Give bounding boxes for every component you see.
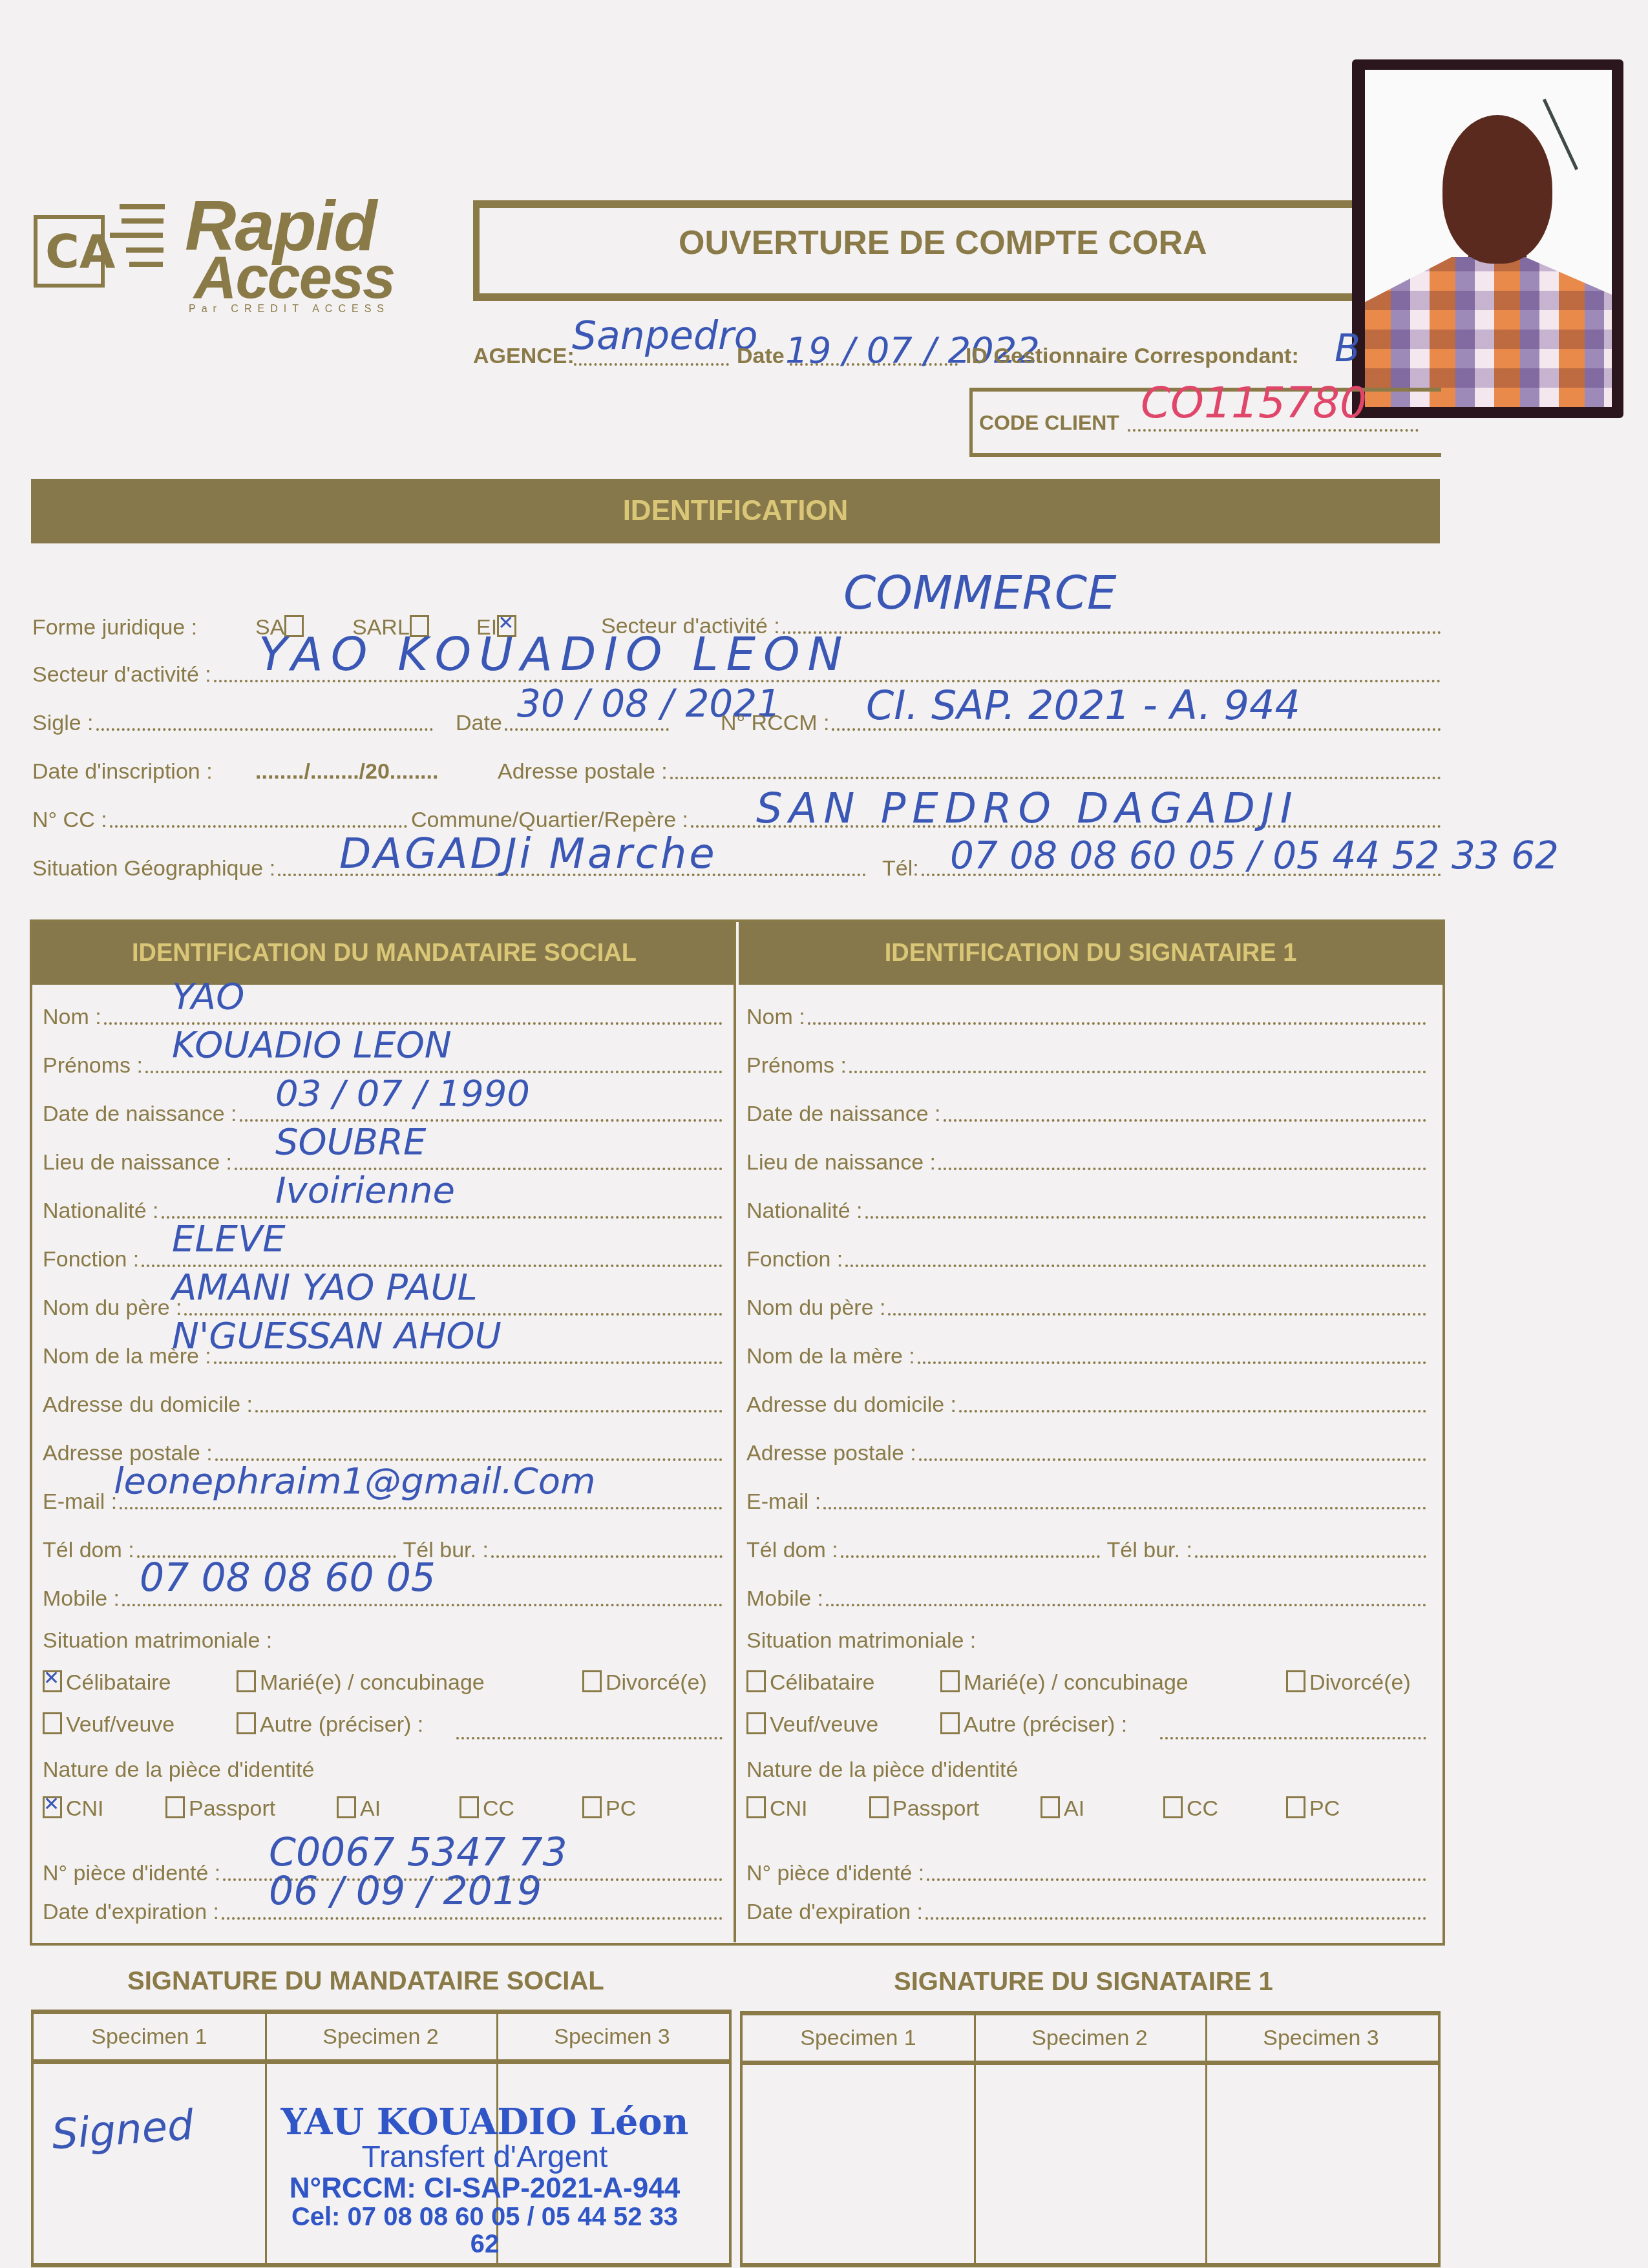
option-label: AI: [360, 1796, 381, 1821]
signataire-no-piece-row: N° pièce d'identé :: [746, 1861, 1426, 1886]
nom-mere-label: Nom de la mère :: [746, 1344, 915, 1369]
checkbox-mari-e-concubinage[interactable]: Marié(e) / concubinage: [940, 1670, 1188, 1696]
checkbox-c-libataire[interactable]: Célibataire: [43, 1670, 171, 1696]
mandataire-adresse-domicile-row: Adresse du domicile :: [43, 1392, 723, 1418]
checkbox-box[interactable]: [165, 1796, 185, 1818]
option-label: Divorcé(e): [606, 1670, 707, 1695]
date-naissance-field[interactable]: 03 / 07 / 1990: [275, 1073, 530, 1115]
code-client-dots: [1128, 429, 1419, 432]
nationalite-label: Nationalité :: [746, 1199, 863, 1224]
signataire-tel-bur-row: Tél bur. :: [1107, 1538, 1426, 1563]
date-expiration-field[interactable]: 06 / 09 / 2019: [269, 1869, 542, 1914]
signataire-date-expiration-row: Date d'expiration :: [746, 1900, 1426, 1925]
checkbox-cni[interactable]: CNI: [746, 1796, 808, 1822]
logo-monogram: CA: [45, 224, 116, 278]
prenoms-label: Prénoms :: [746, 1053, 847, 1078]
autre-preciser-field[interactable]: [456, 1737, 723, 1739]
date-expiration-label: Date d'expiration :: [746, 1900, 923, 1925]
option-label: PC: [1309, 1796, 1340, 1821]
sigle-label: Sigle :: [32, 711, 94, 736]
checkbox-ai[interactable]: AI: [337, 1796, 381, 1822]
id-photo: [1352, 59, 1623, 418]
tel-bur-label: Tél bur. :: [1107, 1538, 1192, 1563]
no-cc-row: N° CC :: [32, 808, 407, 833]
adresse-postale-label: Adresse postale :: [498, 759, 668, 784]
stamp-rccm: N°RCCM: CI-SAP-2021-A-944: [278, 2174, 692, 2203]
checkbox-passport[interactable]: Passport: [869, 1796, 979, 1822]
checkbox-box[interactable]: [1286, 1796, 1305, 1818]
option-label: CNI: [770, 1796, 808, 1821]
checkbox-box[interactable]: [1286, 1670, 1305, 1692]
option-label: Divorcé(e): [1309, 1670, 1411, 1695]
page-title: OUVERTURE DE COMPTE CORA: [679, 224, 1207, 262]
checkbox-box[interactable]: [43, 1712, 62, 1734]
option-label: AI: [1064, 1796, 1084, 1821]
tel-dom-label: Tél dom :: [43, 1538, 134, 1563]
prenoms-field[interactable]: KOUADIO LEON: [172, 1024, 452, 1066]
signataire-nom-pere-row: Nom du père :: [746, 1296, 1426, 1321]
email-label: E-mail :: [43, 1489, 117, 1515]
checkbox-cc[interactable]: CC: [1163, 1796, 1218, 1822]
checkbox-divorc-e[interactable]: Divorcé(e): [1286, 1670, 1411, 1696]
signataire-lieu-naissance-row: Lieu de naissance :: [746, 1150, 1426, 1175]
signataire-adresse-domicile-row: Adresse du domicile :: [746, 1392, 1426, 1418]
option-label: Passport: [189, 1796, 275, 1821]
specimen-1-label: Specimen 1: [34, 2014, 265, 2059]
agence-dots: [574, 363, 729, 366]
adresse-postale-label: Adresse postale :: [746, 1441, 916, 1466]
adresse-domicile-label: Adresse du domicile :: [43, 1392, 253, 1418]
option-label: Célibataire: [66, 1670, 171, 1695]
secteur-activite-2-field[interactable]: YAO KOUADIO LEON: [259, 627, 850, 681]
nature-piece-label: Nature de la pièce d'identité: [746, 1758, 1018, 1783]
checkbox-box[interactable]: [582, 1796, 602, 1818]
nom-pere-field[interactable]: AMANI YAO PAUL: [172, 1266, 478, 1308]
checkbox-box[interactable]: [1041, 1796, 1060, 1818]
mobile-label: Mobile :: [746, 1586, 823, 1612]
fonction-label: Fonction :: [43, 1247, 139, 1272]
option-label: Autre (préciser) :: [260, 1712, 423, 1737]
adresse-postale-row: Adresse postale :: [498, 759, 1441, 784]
situation-geo-field[interactable]: DAGADJi Marche: [339, 830, 717, 878]
date-inscription-field[interactable]: ......../......../20........: [255, 759, 438, 784]
code-client-label: CODE CLIENT: [979, 411, 1119, 435]
rccm-label: N° RCCM :: [721, 711, 829, 736]
adresse-domicile-label: Adresse du domicile :: [746, 1392, 956, 1418]
specimen-3-label: Specimen 3: [496, 2014, 728, 2059]
no-piece-label: N° pièce d'identé :: [746, 1861, 924, 1886]
signataire-nom-mere-row: Nom de la mère :: [746, 1344, 1426, 1369]
checkbox-box[interactable]: [746, 1796, 766, 1818]
fonction-field[interactable]: ELEVE: [172, 1218, 286, 1260]
speed-lines-icon: [129, 262, 163, 267]
checkbox-box[interactable]: [43, 1796, 62, 1818]
date-inscription-label: Date d'inscription :: [32, 759, 213, 784]
option-label: Veuf/veuve: [770, 1712, 878, 1737]
nationalite-field[interactable]: Ivoirienne: [275, 1170, 455, 1212]
stamp-name: YAU KOUADIO Léon: [278, 2103, 692, 2141]
specimen-3-label: Specimen 3: [1205, 2015, 1437, 2061]
checkbox-ai[interactable]: AI: [1041, 1796, 1084, 1822]
option-label: Célibataire: [770, 1670, 875, 1695]
checkbox-box[interactable]: [460, 1796, 479, 1818]
checkbox-box[interactable]: [582, 1670, 602, 1692]
lieu-naissance-field[interactable]: SOUBRE: [275, 1121, 426, 1163]
email-field[interactable]: leonephraim1@gmail.Com: [114, 1460, 596, 1502]
prenoms-label: Prénoms :: [43, 1053, 143, 1078]
nom-field[interactable]: YAO: [172, 976, 244, 1018]
checkbox-divorc-e[interactable]: Divorcé(e): [582, 1670, 707, 1696]
secteur-activite-2-label: Secteur d'activité :: [32, 662, 211, 688]
signataire-adresse-postale-row: Adresse postale :: [746, 1441, 1426, 1466]
signataire-mobile-row: Mobile :: [746, 1586, 1426, 1612]
checkbox-pc[interactable]: PC: [582, 1796, 636, 1822]
option-label: PC: [606, 1796, 636, 1821]
nom-mere-field[interactable]: N'GUESSAN AHOU: [172, 1315, 502, 1357]
stamp-phone: Cel: 07 08 08 60 05 / 05 44 52 33 62: [278, 2203, 692, 2258]
speed-lines-icon: [120, 204, 165, 209]
agence-field[interactable]: Sanpedro: [572, 313, 757, 359]
mandataire-signature-specimen-1: Signed: [50, 2101, 195, 2159]
situation-matrimoniale-label: Situation matrimoniale :: [43, 1628, 272, 1654]
checkbox-box[interactable]: [746, 1670, 766, 1692]
column-divider: [734, 919, 736, 1942]
gestionnaire-label: ID Gestionnaire Correspondant:: [966, 344, 1299, 369]
specimen-header-row: Specimen 1Specimen 2Specimen 3: [34, 2014, 729, 2064]
mobile-label: Mobile :: [43, 1586, 120, 1612]
date-expiration-label: Date d'expiration :: [43, 1900, 219, 1925]
fonction-label: Fonction :: [746, 1247, 843, 1272]
checkbox-c-libataire[interactable]: Célibataire: [746, 1670, 875, 1696]
tel-field[interactable]: 07 08 08 60 05 / 05 44 52 33 62: [950, 834, 1559, 877]
commune-label: Commune/Quartier/Repère :: [411, 808, 688, 833]
signature-mandataire-title: SIGNATURE DU MANDATAIRE SOCIAL: [127, 1967, 604, 1996]
nom-label: Nom :: [43, 1005, 101, 1030]
signataire-date-naissance-row: Date de naissance :: [746, 1102, 1426, 1127]
checkbox-box[interactable]: [337, 1796, 356, 1818]
option-label: Veuf/veuve: [66, 1712, 174, 1737]
situation-matrimoniale-label: Situation matrimoniale :: [746, 1628, 976, 1654]
signature-signataire-title: SIGNATURE DU SIGNATAIRE 1: [894, 1968, 1273, 1997]
commune-field[interactable]: SAN PEDRO DAGADJI: [756, 785, 1299, 833]
speed-lines-icon: [110, 233, 163, 238]
speed-lines-icon: [121, 218, 164, 224]
checkbox-box[interactable]: [746, 1712, 766, 1734]
checkbox-box[interactable]: [1163, 1796, 1183, 1818]
specimen-header-row: Specimen 1Specimen 2Specimen 3: [743, 2015, 1438, 2065]
secteur-activite-field[interactable]: COMMERCE: [843, 565, 1116, 620]
no-piece-label: N° pièce d'identé :: [43, 1861, 220, 1886]
checkbox-box[interactable]: [940, 1712, 960, 1734]
agence-label: AGENCE:: [473, 344, 575, 369]
checkbox-box[interactable]: [237, 1712, 256, 1734]
option-label: Autre (préciser) :: [964, 1712, 1127, 1737]
sigle-row: Sigle :: [32, 711, 433, 736]
checkbox-veuf-veuve[interactable]: Veuf/veuve: [43, 1712, 174, 1738]
no-cc-label: N° CC :: [32, 808, 107, 833]
checkbox-pc[interactable]: PC: [1286, 1796, 1340, 1822]
option-label: CC: [1187, 1796, 1218, 1821]
tel-label: Tél:: [882, 856, 919, 881]
signataire-prenoms-row: Prénoms :: [746, 1053, 1426, 1078]
mobile-field[interactable]: 07 08 08 60 05: [140, 1555, 436, 1601]
signataire-email-row: E-mail :: [746, 1489, 1426, 1515]
checkbox-passport[interactable]: Passport: [165, 1796, 275, 1822]
option-label: Marié(e) / concubinage: [964, 1670, 1188, 1695]
checkbox-box[interactable]: [237, 1670, 256, 1692]
specimen-1-label: Specimen 1: [743, 2015, 974, 2061]
signataire-tel-dom-row: Tél dom :: [746, 1538, 1100, 1563]
stamp-business: Transfert d'Argent: [278, 2141, 692, 2174]
checkbox-box[interactable]: [869, 1796, 889, 1818]
signataire-nationalite-row: Nationalité :: [746, 1199, 1426, 1224]
email-label: E-mail :: [746, 1489, 821, 1515]
checkbox-box[interactable]: [43, 1670, 62, 1692]
option-label: Marié(e) / concubinage: [260, 1670, 485, 1695]
rccm-field[interactable]: CI. SAP. 2021 - A. 944: [866, 682, 1300, 729]
nationalite-label: Nationalité :: [43, 1199, 159, 1224]
identification-section-header: IDENTIFICATION: [31, 479, 1440, 543]
date-label: Date: [737, 344, 785, 369]
option-label: CNI: [66, 1796, 104, 1821]
checkbox-cc[interactable]: CC: [460, 1796, 514, 1822]
signataire-nom-row: Nom :: [746, 1005, 1426, 1030]
lieu-naissance-label: Lieu de naissance :: [43, 1150, 232, 1175]
signataire-section-header: IDENTIFICATION DU SIGNATAIRE 1: [739, 922, 1442, 985]
checkbox-mari-e-concubinage[interactable]: Marié(e) / concubinage: [237, 1670, 485, 1696]
checkbox-box[interactable]: [940, 1670, 960, 1692]
signataire-signature-table: Specimen 1Specimen 2Specimen 3: [740, 2011, 1441, 2267]
nom-pere-label: Nom du père :: [746, 1296, 885, 1321]
nature-piece-label: Nature de la pièce d'identité: [43, 1758, 314, 1783]
forme-juridique-label: Forme juridique :: [32, 615, 197, 640]
specimen-2-label: Specimen 2: [974, 2015, 1205, 2061]
situation-geo-label: Situation Géographique :: [32, 856, 275, 881]
specimen-2-label: Specimen 2: [265, 2014, 496, 2059]
code-client-field[interactable]: CO115780: [1141, 378, 1367, 428]
brand-name-access: Access: [194, 249, 394, 307]
tel-dom-label: Tél dom :: [746, 1538, 838, 1563]
option-label: Passport: [893, 1796, 979, 1821]
date-naissance-label: Date de naissance :: [43, 1102, 237, 1127]
ident-date-label: Date: [456, 711, 502, 736]
nom-label: Nom :: [746, 1005, 805, 1030]
date-naissance-label: Date de naissance :: [746, 1102, 941, 1127]
checkbox-autre-pr-ciser[interactable]: Autre (préciser) :: [237, 1712, 423, 1738]
mandataire-section-header: IDENTIFICATION DU MANDATAIRE SOCIAL: [32, 922, 736, 985]
nom-pere-label: Nom du père :: [43, 1296, 182, 1321]
company-stamp: YAU KOUADIO Léon Transfert d'Argent N°RC…: [278, 2103, 692, 2258]
checkbox-cni[interactable]: CNI: [43, 1796, 104, 1822]
credit-access-logo-icon: CA: [34, 215, 105, 288]
speed-lines-icon: [126, 247, 164, 253]
autre-preciser-field[interactable]: [1160, 1737, 1426, 1739]
option-label: CC: [483, 1796, 514, 1821]
checkbox-veuf-veuve[interactable]: Veuf/veuve: [746, 1712, 878, 1738]
checkbox-autre-pr-ciser[interactable]: Autre (préciser) :: [940, 1712, 1127, 1738]
signataire-fonction-row: Fonction :: [746, 1247, 1426, 1272]
lieu-naissance-label: Lieu de naissance :: [746, 1150, 936, 1175]
mandataire-tel-bur-row: Tél bur. :: [403, 1538, 723, 1563]
gestionnaire-field[interactable]: B: [1335, 326, 1360, 370]
brand-tagline: Par CREDIT ACCESS: [189, 304, 390, 315]
